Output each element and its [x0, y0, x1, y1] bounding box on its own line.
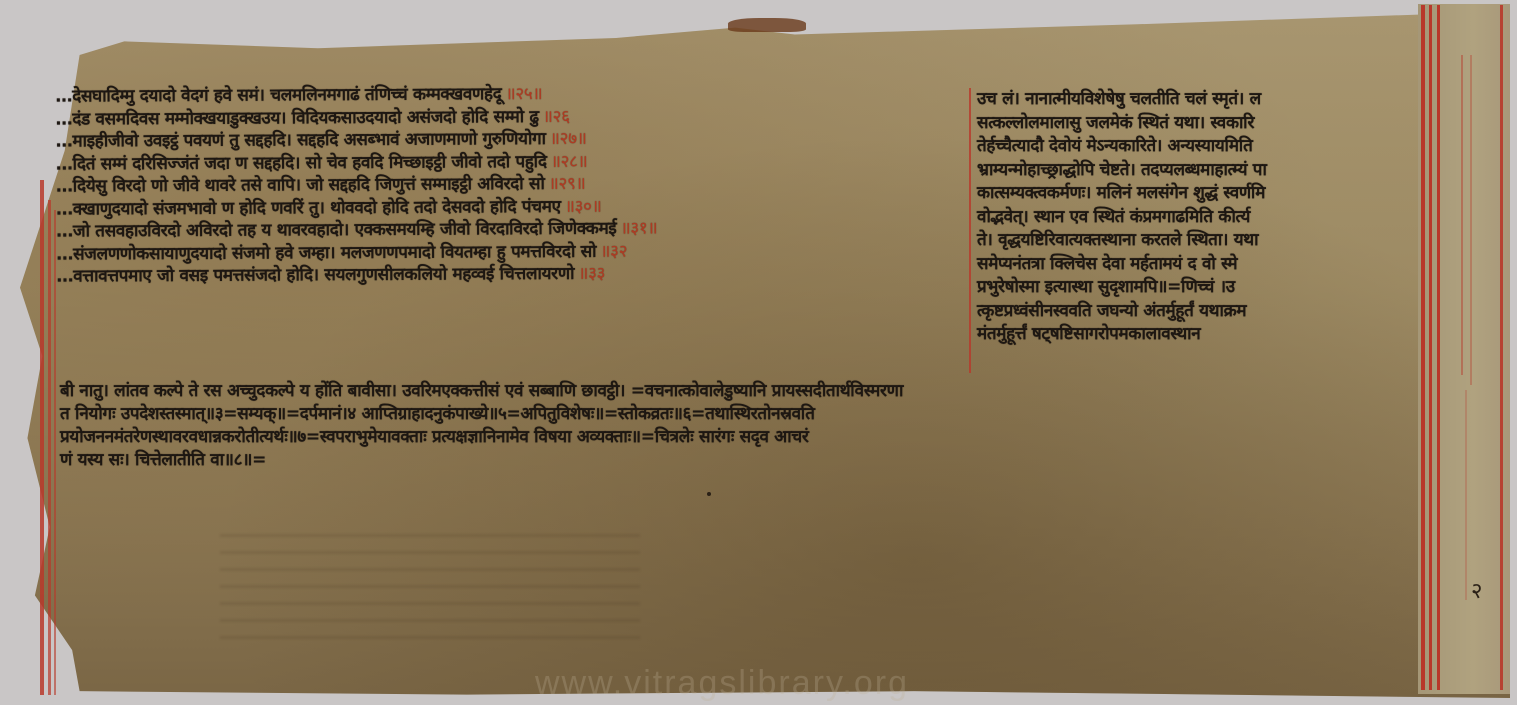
- footer-commentary-block: बी नातु। लांतव कल्पे ते रस अच्चुदकल्पे य…: [60, 380, 903, 472]
- commentary-line: त्कृष्टप्रध्वंसीनस्ववति जघन्यो अंतर्मुहू…: [977, 300, 1267, 324]
- commentary-column: उच लं। नानात्मीयविशेषेषु चलतीति चलं स्मृ…: [977, 88, 1267, 347]
- folio-number: २: [1471, 575, 1482, 605]
- commentary-line: भ्राम्यन्मोहाच्छ्राद्धोपि चेष्टते। तदप्य…: [977, 159, 1267, 183]
- commentary-line: प्रभुरेषोस्मा इत्यास्था सुदृशामपि॥=णिच्च…: [977, 276, 1267, 300]
- verse-line: …क्खाणुदयादो संजमभावो ण होदि णवरिं तु। थ…: [56, 195, 657, 221]
- commentary-line: वोद्भवेत्। स्थान एव स्थितं कंप्रमगाढमिति…: [977, 206, 1267, 230]
- commentary-line: मंतर्मुहूर्त्तं षट्षष्टिसागरोपमकालावस्था…: [977, 323, 1267, 347]
- commentary-line: तेर्हच्चैत्यादौ देवोयं मेऽन्यकारिते। अन्…: [977, 135, 1267, 159]
- right-border-rule: [1429, 5, 1432, 690]
- verse-line: …जो तसवहाउविरदो अविरदो तह य थावरवहादो। ए…: [56, 217, 657, 243]
- verse-number: ॥२५॥: [505, 84, 542, 104]
- verse-number: ॥२७॥: [550, 129, 587, 149]
- verse-line: …दंड वसमदिवस मम्मोक्खयाडुक्खउय। विदियकसा…: [56, 105, 657, 131]
- bleed-through-text: [220, 520, 640, 640]
- verse-line: …संजलणणोकसायाणुदयादो संजमो हवे जम्हा। मल…: [56, 240, 657, 266]
- right-edge-rule: [1500, 5, 1503, 690]
- left-border-rule: [48, 200, 51, 695]
- column-divider-rule: [969, 88, 971, 373]
- right-border-rule: [1421, 5, 1425, 690]
- verse-number: ॥२९॥: [549, 174, 586, 194]
- faint-margin-rule: [1461, 55, 1463, 375]
- ink-dot: [707, 492, 711, 496]
- verse-line: …दियेसु विरदो णो जीवे थावरे तसे वापि। जो…: [56, 172, 657, 198]
- verse-number: ॥३१॥: [620, 218, 657, 238]
- verse-line: …वत्तावत्तपमाए जो वसइ पमत्तसंजदो होदि। स…: [56, 262, 657, 288]
- verse-line: …देसघादिम्मु दयादो वेदगं हवे समं। चलमलिन…: [55, 82, 656, 108]
- footer-commentary-line: णं यस्य सः। चित्तेलातीति वा॥८॥=: [60, 449, 903, 472]
- verse-number: ॥२८॥: [551, 151, 588, 171]
- verse-number: ॥३०॥: [565, 196, 602, 216]
- footer-commentary-line: त नियोगः उपदेशस्तस्मात्॥३=सम्यक्॥=दर्पमा…: [60, 403, 903, 426]
- ink-stain: [728, 18, 806, 32]
- commentary-line: सत्कल्लोलमालासु जलमेकं स्थितं यथा। स्वका…: [977, 112, 1267, 136]
- faint-margin-rule: [1470, 55, 1472, 385]
- verse-number: ॥२६: [543, 106, 570, 126]
- left-border-rule: [40, 180, 44, 695]
- footer-commentary-line: प्रयोजननमंतरेणस्थावरवधान्नकरोतीत्यर्थः॥७…: [60, 426, 903, 449]
- footer-commentary-line: बी नातु। लांतव कल्पे ते रस अच्चुदकल्पे य…: [60, 380, 903, 403]
- verse-line: …माइहीजीवो उवइट्ठं पवयणं तु सद्दहदि। सद्…: [56, 127, 657, 153]
- faint-margin-rule: [1465, 390, 1467, 600]
- right-border-rule: [1437, 5, 1440, 690]
- commentary-line: कात्सम्यक्त्वकर्मणः। मलिनं मलसंगेन शुद्ध…: [977, 182, 1267, 206]
- commentary-line: ते। वृद्धयष्टिरिवात्यक्तस्थाना करतले स्थ…: [977, 229, 1267, 253]
- verse-line: …दितं सम्मं दरिसिज्जंतं जदा ण सद्दहदि। स…: [56, 150, 657, 176]
- verse-number: ॥३२: [600, 241, 627, 261]
- verse-number: ॥३३: [578, 264, 605, 284]
- commentary-line: उच लं। नानात्मीयविशेषेषु चलतीति चलं स्मृ…: [977, 88, 1267, 112]
- watermark: www.vitragslibrary.org: [535, 664, 909, 703]
- commentary-line: समेप्यनंतत्रा क्लिचेस देवा मर्हतामयं द व…: [977, 253, 1267, 277]
- main-text-block: …देसघादिम्मु दयादो वेदगं हवे समं। चलमलिन…: [55, 82, 657, 288]
